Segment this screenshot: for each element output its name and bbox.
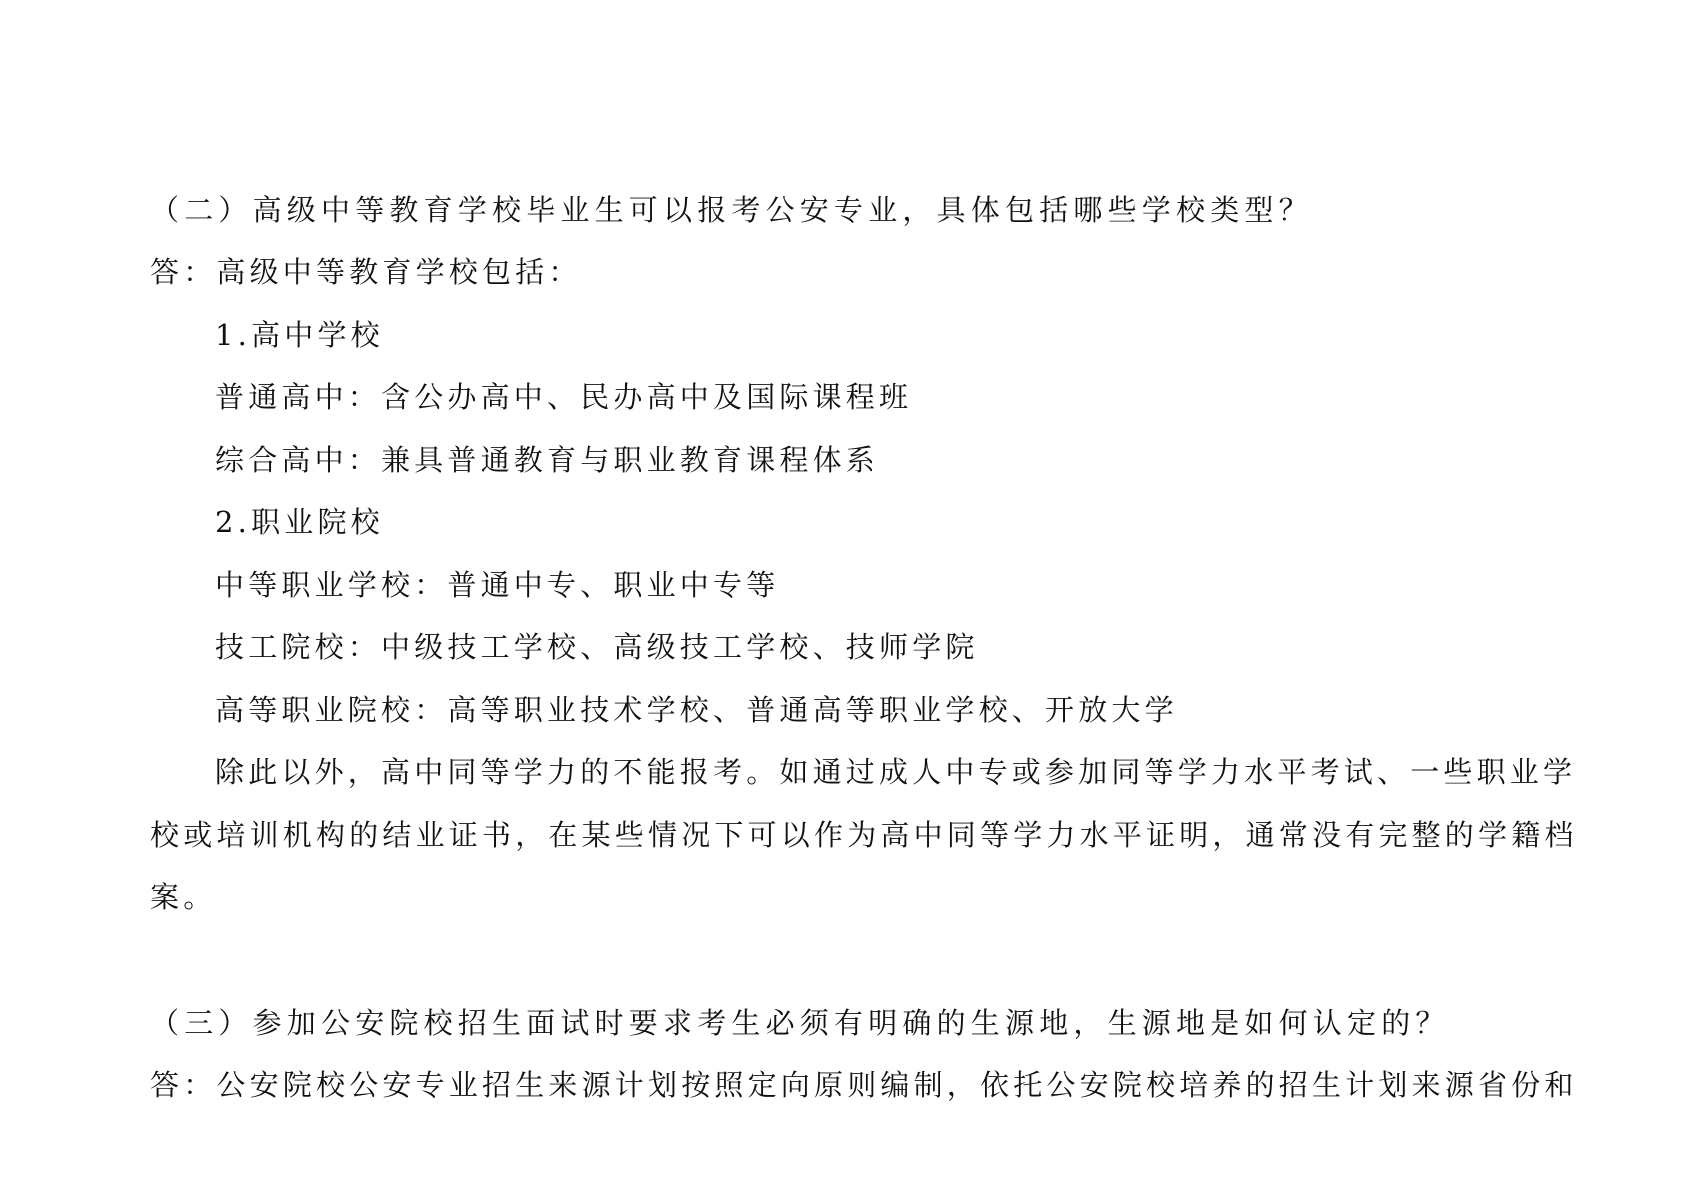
section-3-answer: 答：公安院校公安专业招生来源计划按照定向原则编制，依托公安院校培养的招生计划来源… <box>150 1065 1578 1105</box>
section-2-answer-intro: 答：高级中等教育学校包括： <box>150 252 582 292</box>
section-2-question: （二）高级中等教育学校毕业生可以报考公安专业，具体包括哪些学校类型？ <box>150 190 1313 230</box>
category-1-item: 综合高中：兼具普通教育与职业教育课程体系 <box>215 440 879 480</box>
category-1-item: 普通高中：含公办高中、民办高中及国际课程班 <box>215 377 912 417</box>
category-1-title: 1.高中学校 <box>215 315 384 355</box>
section-3-question: （三）参加公安院校招生面试时要求考生必须有明确的生源地，生源地是如何认定的？ <box>150 1003 1450 1043</box>
document-page: （二）高级中等教育学校毕业生可以报考公安专业，具体包括哪些学校类型？ 答：高级中… <box>0 0 1684 1191</box>
note-paragraph-line: 除此以外，高中同等学力的不能报考。如通过成人中专或参加同等学力水平考试、一些职业… <box>215 752 1576 792</box>
category-2-title: 2.职业院校 <box>215 502 384 542</box>
category-2-item: 高等职业院校：高等职业技术学校、普通高等职业学校、开放大学 <box>215 690 1178 730</box>
note-paragraph-line: 校或培训机构的结业证书，在某些情况下可以作为高中同等学力水平证明，通常没有完整的… <box>150 815 1578 855</box>
note-paragraph-line: 案。 <box>150 877 216 917</box>
category-2-item: 中等职业学校：普通中专、职业中专等 <box>215 565 779 605</box>
category-2-item: 技工院校：中级技工学校、高级技工学校、技师学院 <box>215 627 979 667</box>
